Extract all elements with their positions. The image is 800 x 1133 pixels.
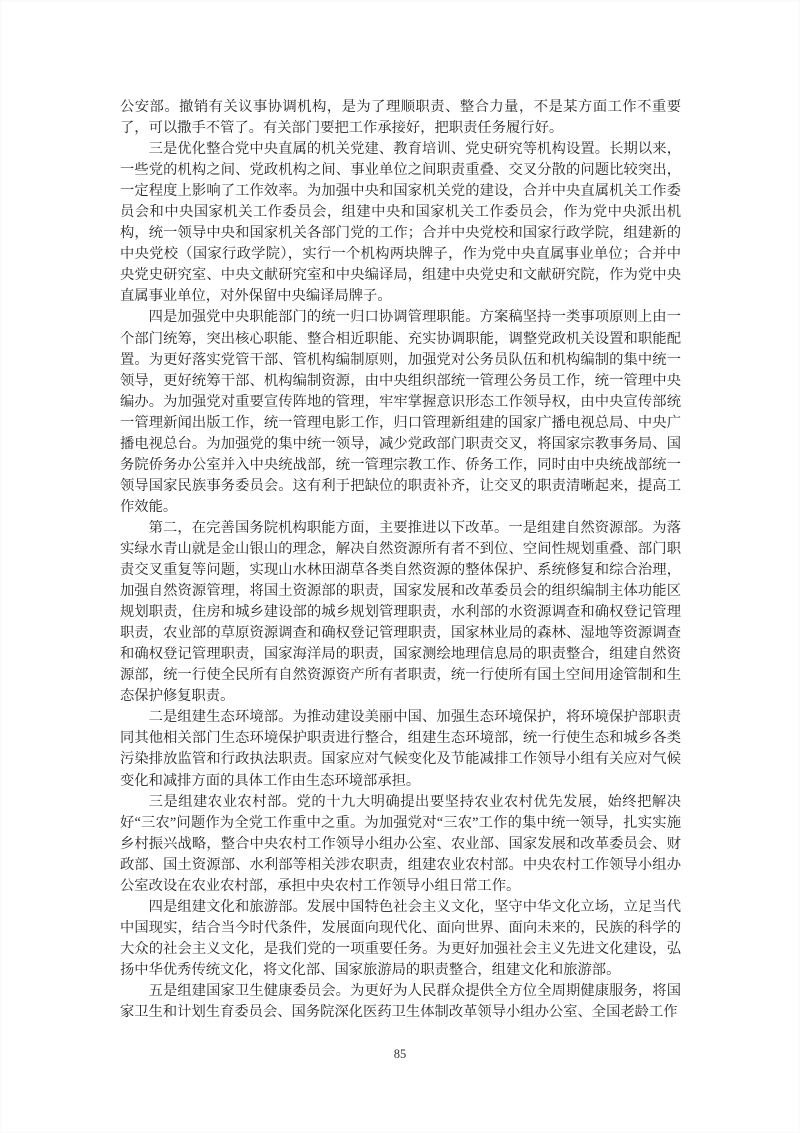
body-paragraph: 二是组建生态环境部。为推动建设美丽中国、加强生态环境保护，将环境保护部职责同其他… (120, 707, 681, 791)
body-paragraph: 三是优化整合党中央直属的机关党建、教育培训、党史研究等机构设置。长期以来，一些党… (120, 139, 681, 307)
document-body: 公安部。撤销有关议事协调机构，是为了理顺职责、整合力量，不是某方面工作不重要了，… (120, 97, 681, 1023)
body-paragraph: 四是加强党中央职能部门的统一归口协调管理职能。方案稿坚持一类事项原则上由一个部门… (120, 307, 681, 517)
page-number: 85 (0, 1047, 800, 1062)
document-page: 公安部。撤销有关议事协调机构，是为了理顺职责、整合力量，不是某方面工作不重要了，… (0, 0, 800, 1133)
body-paragraph: 第二，在完善国务院机构职能方面，主要推进以下改革。一是组建自然资源部。为落实绿水… (120, 518, 681, 707)
body-paragraph: 五是组建国家卫生健康委员会。为更好为人民群众提供全方位全周期健康服务，将国家卫生… (120, 981, 681, 1023)
body-paragraph: 四是组建文化和旅游部。发展中国特色社会主义文化，坚守中华文化立场，立足当代中国现… (120, 897, 681, 981)
body-paragraph: 三是组建农业农村部。党的十九大明确提出要坚持农业农村优先发展，始终把解决好“三农… (120, 792, 681, 897)
body-paragraph: 公安部。撤销有关议事协调机构，是为了理顺职责、整合力量，不是某方面工作不重要了，… (120, 97, 681, 139)
